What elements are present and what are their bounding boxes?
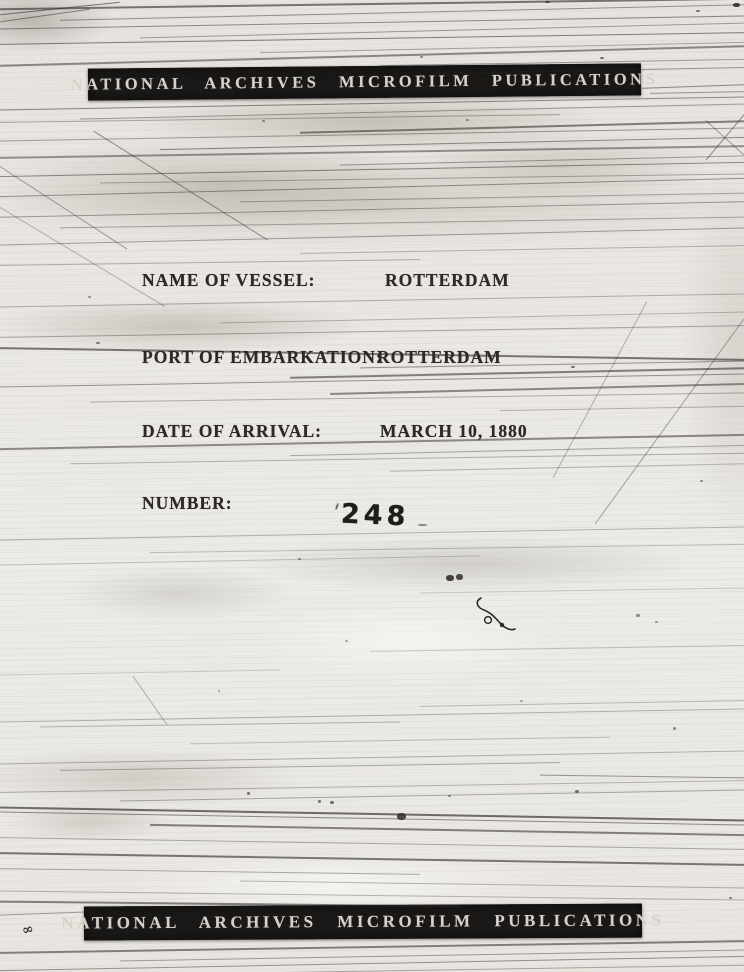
scratch-line (0, 890, 744, 900)
handwritten-loop-mark: ∞ (20, 921, 35, 939)
scratch-line (540, 775, 744, 779)
scratch-line (0, 145, 744, 159)
film-speck (88, 296, 91, 298)
film-speck (298, 558, 301, 560)
film-speck (456, 574, 463, 580)
field-name-of-vessel: NAME OF VESSEL: ROTTERDAM (142, 270, 316, 291)
stamped-number: 248 (340, 499, 410, 533)
film-speck (262, 120, 265, 122)
header-banner: NATIONAL ARCHIVES MICROFILM PUBLICATIONS (88, 63, 641, 100)
scratch-line (60, 762, 560, 771)
film-speck (700, 480, 703, 482)
film-speck (636, 614, 640, 617)
scratch-line (500, 406, 744, 411)
film-speck (335, 503, 339, 510)
film-speck (655, 621, 658, 623)
field-label: NAME OF VESSEL: (142, 270, 316, 290)
film-speck (673, 727, 676, 730)
scratch-line (370, 645, 744, 652)
film-speck (318, 800, 321, 803)
header-banner-text: NATIONAL ARCHIVES MICROFILM PUBLICATIONS (71, 69, 659, 95)
scratch-line (0, 852, 744, 866)
scratch-line (420, 587, 744, 593)
scratch-line (0, 751, 744, 765)
scratch-line (100, 174, 744, 184)
film-speck (696, 10, 700, 12)
scratch-line (60, 217, 744, 229)
scratch-line (300, 245, 744, 254)
scratch-line (240, 880, 744, 888)
scratch-line (0, 259, 420, 266)
microfilm-scan-page: NATIONAL ARCHIVES MICROFILM PUBLICATIONS… (0, 0, 744, 972)
scratch-line (0, 228, 744, 246)
film-speck (545, 1, 550, 3)
film-speck (218, 690, 220, 692)
scratch-line (0, 555, 480, 565)
scratch-line (0, 868, 420, 875)
film-speck (733, 3, 740, 7)
scratch-line (150, 824, 744, 836)
film-speck (571, 366, 575, 368)
film-speck (520, 700, 523, 702)
scratch-line (120, 790, 744, 802)
film-speck (466, 119, 469, 121)
film-speck (330, 801, 334, 804)
film-speck (420, 56, 423, 58)
film-speck (600, 57, 604, 59)
field-number: NUMBER: 248 (142, 493, 233, 514)
film-speck (247, 792, 250, 795)
field-label: NUMBER: (142, 493, 233, 513)
footer-banner: NATIONAL ARCHIVES MICROFILM PUBLICATIONS (84, 904, 642, 941)
scratch-line (0, 709, 744, 723)
film-speck (96, 342, 100, 344)
film-speck (448, 795, 451, 797)
scratch-line (240, 193, 744, 203)
scratch-line (90, 392, 744, 402)
scratch-line (190, 737, 610, 745)
scratch-line (0, 201, 744, 218)
scratch-line (220, 312, 744, 324)
field-value: ROTTERDAM (385, 270, 510, 291)
scratch-line (0, 670, 280, 676)
scratch-line (150, 544, 744, 553)
film-speck (446, 575, 454, 581)
scratch-line (390, 463, 744, 471)
ink-squiggle-mark (472, 596, 518, 638)
scratch-line (40, 721, 400, 727)
film-speck (345, 640, 348, 642)
scratch-line (0, 956, 744, 971)
scratch-line (200, 965, 744, 972)
scratch-line (595, 319, 744, 524)
scratch-line (0, 294, 744, 308)
film-speck (575, 790, 579, 793)
film-speck (418, 524, 427, 526)
film-speck (397, 813, 406, 820)
scratch-line (0, 837, 744, 850)
scratch-line (120, 950, 744, 962)
field-date-of-arrival: DATE OF ARRIVAL: MARCH 10, 1880 (142, 421, 322, 442)
scratch-line (340, 155, 744, 165)
film-speck (729, 897, 732, 899)
field-label: DATE OF ARRIVAL: (142, 421, 322, 441)
scratch-line (650, 91, 744, 94)
scratch-line (420, 700, 744, 707)
scratch-line (0, 32, 744, 45)
footer-banner-text: NATIONAL ARCHIVES MICROFILM PUBLICATIONS (61, 910, 664, 933)
